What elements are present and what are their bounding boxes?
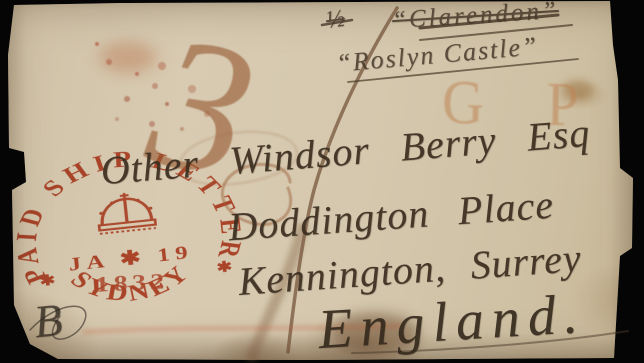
crown-icon <box>96 190 156 234</box>
postmark-ornament-left: ✱ <box>39 271 56 289</box>
endorsement-fraction: ½ <box>324 5 346 35</box>
postmark-year: 1832 <box>95 270 169 297</box>
sender-initials: B <box>31 293 64 349</box>
postmark-ornament-right: ✱ <box>216 258 233 276</box>
red-speckles <box>95 42 99 46</box>
